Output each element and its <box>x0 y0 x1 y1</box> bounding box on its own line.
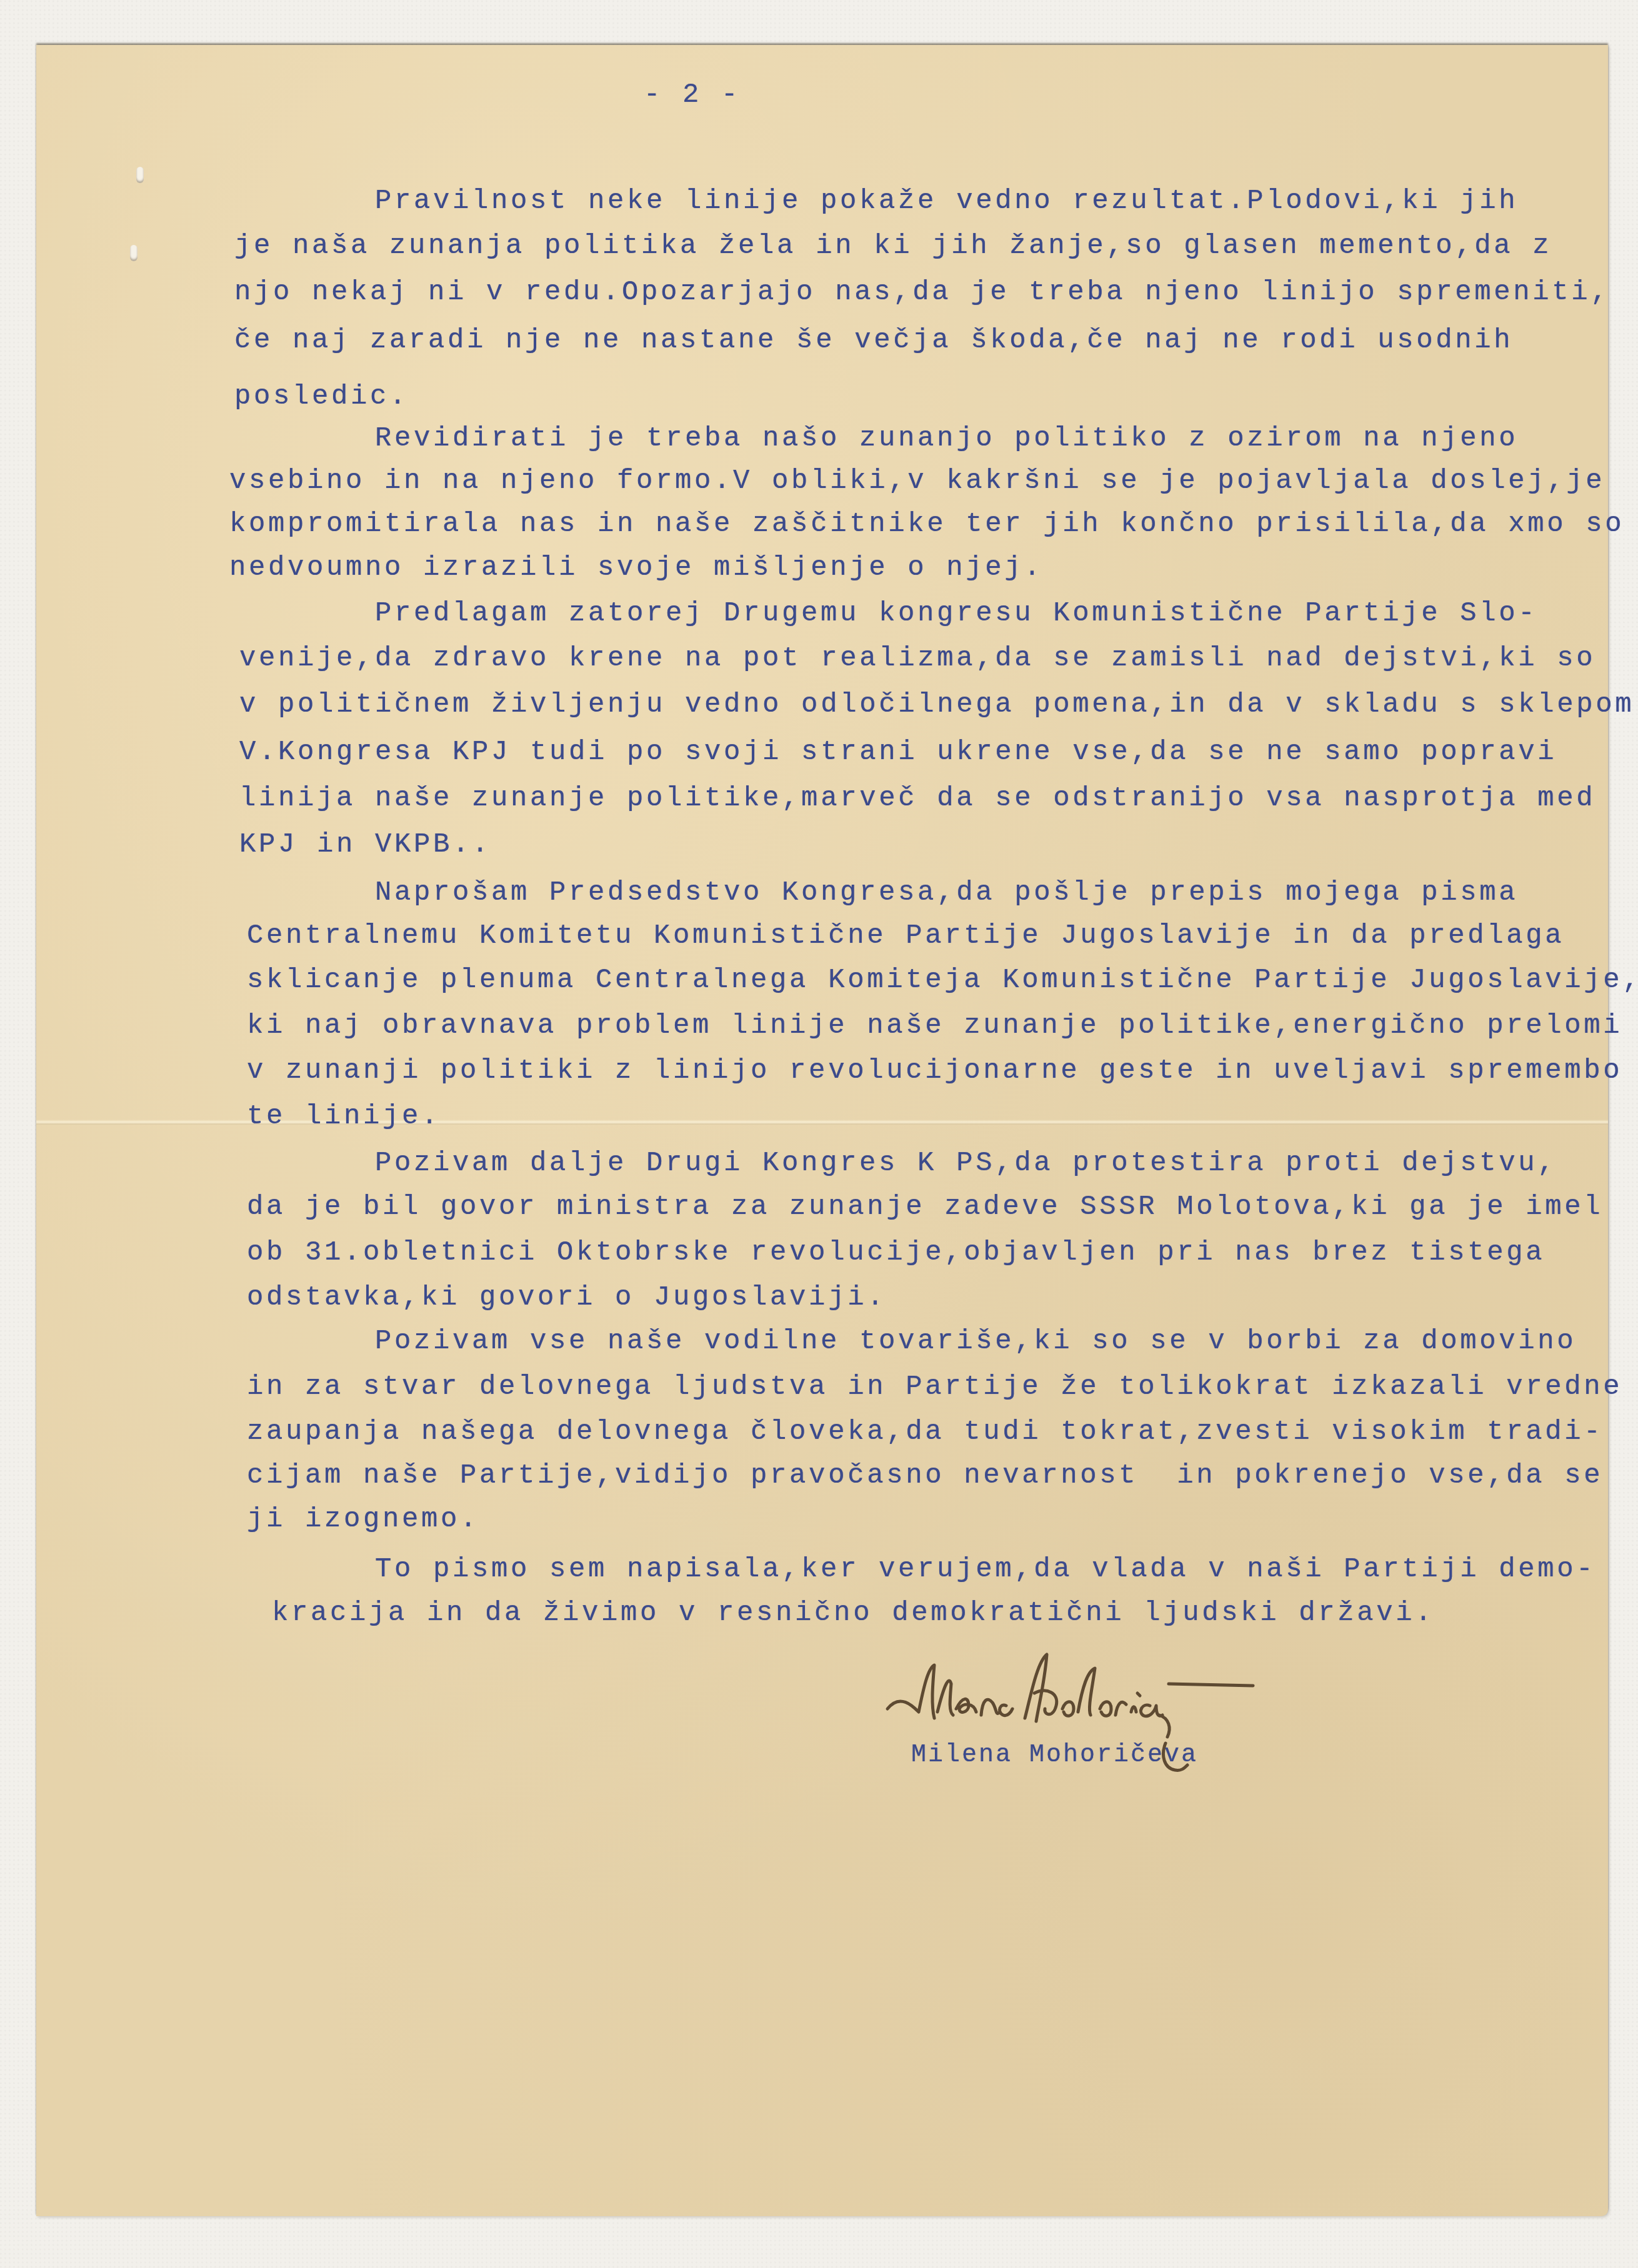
text-line: V.Kongresa KPJ tudi po svoji strani ukre… <box>239 739 1557 766</box>
paragraph-first-line: To pismo sem napisala,ker verujem,da vla… <box>375 1556 1596 1583</box>
text-line: da je bil govor ministra za zunanje zade… <box>247 1193 1603 1221</box>
text-line: ob 31.obletnici Oktobrske revolucije,obj… <box>247 1239 1545 1266</box>
text-line: kracija in da živimo v resnično demokrat… <box>272 1599 1434 1627</box>
text-line: in za stvar delovnega ljudstva in Partij… <box>247 1373 1622 1401</box>
paragraph-first-line: Naprošam Predsedstvo Kongresa,da pošlje … <box>375 879 1518 907</box>
text-line: njo nekaj ni v redu.Opozarjajo nas,da je… <box>234 279 1610 306</box>
text-line: linija naše zunanje politike,marveč da s… <box>239 785 1596 812</box>
text-line: venije,da zdravo krene na pot realizma,d… <box>239 645 1596 672</box>
punch-hole-bottom <box>130 245 137 261</box>
punch-hole-top <box>136 167 144 183</box>
paragraph-first-line: Predlagam zatorej Drugemu kongresu Komun… <box>375 600 1537 627</box>
text-line: je naša zunanja politika žela in ki jih … <box>234 232 1552 260</box>
paragraph-first-line: Pravilnost neke linije pokaže vedno rezu… <box>375 187 1518 215</box>
text-line: če naj zaradi nje ne nastane še večja šk… <box>234 327 1513 354</box>
text-line: odstavka,ki govori o Jugoslaviji. <box>247 1284 886 1311</box>
text-line: ki naj obravnava problem linije naše zun… <box>247 1012 1622 1040</box>
text-line: sklicanje plenuma Centralnega Komiteja K… <box>247 967 1638 994</box>
paragraph-first-line: Revidirati je treba našo zunanjo politik… <box>375 425 1518 452</box>
text-line: v političnem življenju vedno odločilnega… <box>239 691 1634 719</box>
text-line: te linije. <box>247 1103 441 1130</box>
text-line: nedvoumno izrazili svoje mišljenje o nje… <box>229 554 1043 582</box>
typed-signature-name: Milena Mohoričeva <box>911 1743 1198 1768</box>
text-line: vsebino in na njeno formo.V obliki,v kak… <box>229 467 1605 495</box>
paragraph-first-line: Pozivam dalje Drugi Kongres K PS,da prot… <box>375 1150 1557 1177</box>
text-line: ji izognemo. <box>247 1506 479 1533</box>
page-number: - 2 - <box>644 81 741 109</box>
handwritten-signature <box>875 1649 1262 1743</box>
text-line: posledic. <box>234 383 409 410</box>
text-line: v zunanji politiki z linijo revolucijona… <box>247 1057 1622 1085</box>
text-line: Centralnemu Komitetu Komunistične Partij… <box>247 922 1564 950</box>
text-line: cijam naše Partije,vidijo pravočasno nev… <box>247 1462 1603 1490</box>
text-line: zaupanja našega delovnega človeka,da tud… <box>247 1418 1603 1446</box>
text-line: KPJ in VKPB.. <box>239 831 491 858</box>
text-line: kompromitirala nas in naše zaščitnike te… <box>229 510 1624 538</box>
paragraph-first-line: Pozivam vse naše vodilne tovariše,ki so … <box>375 1328 1576 1355</box>
